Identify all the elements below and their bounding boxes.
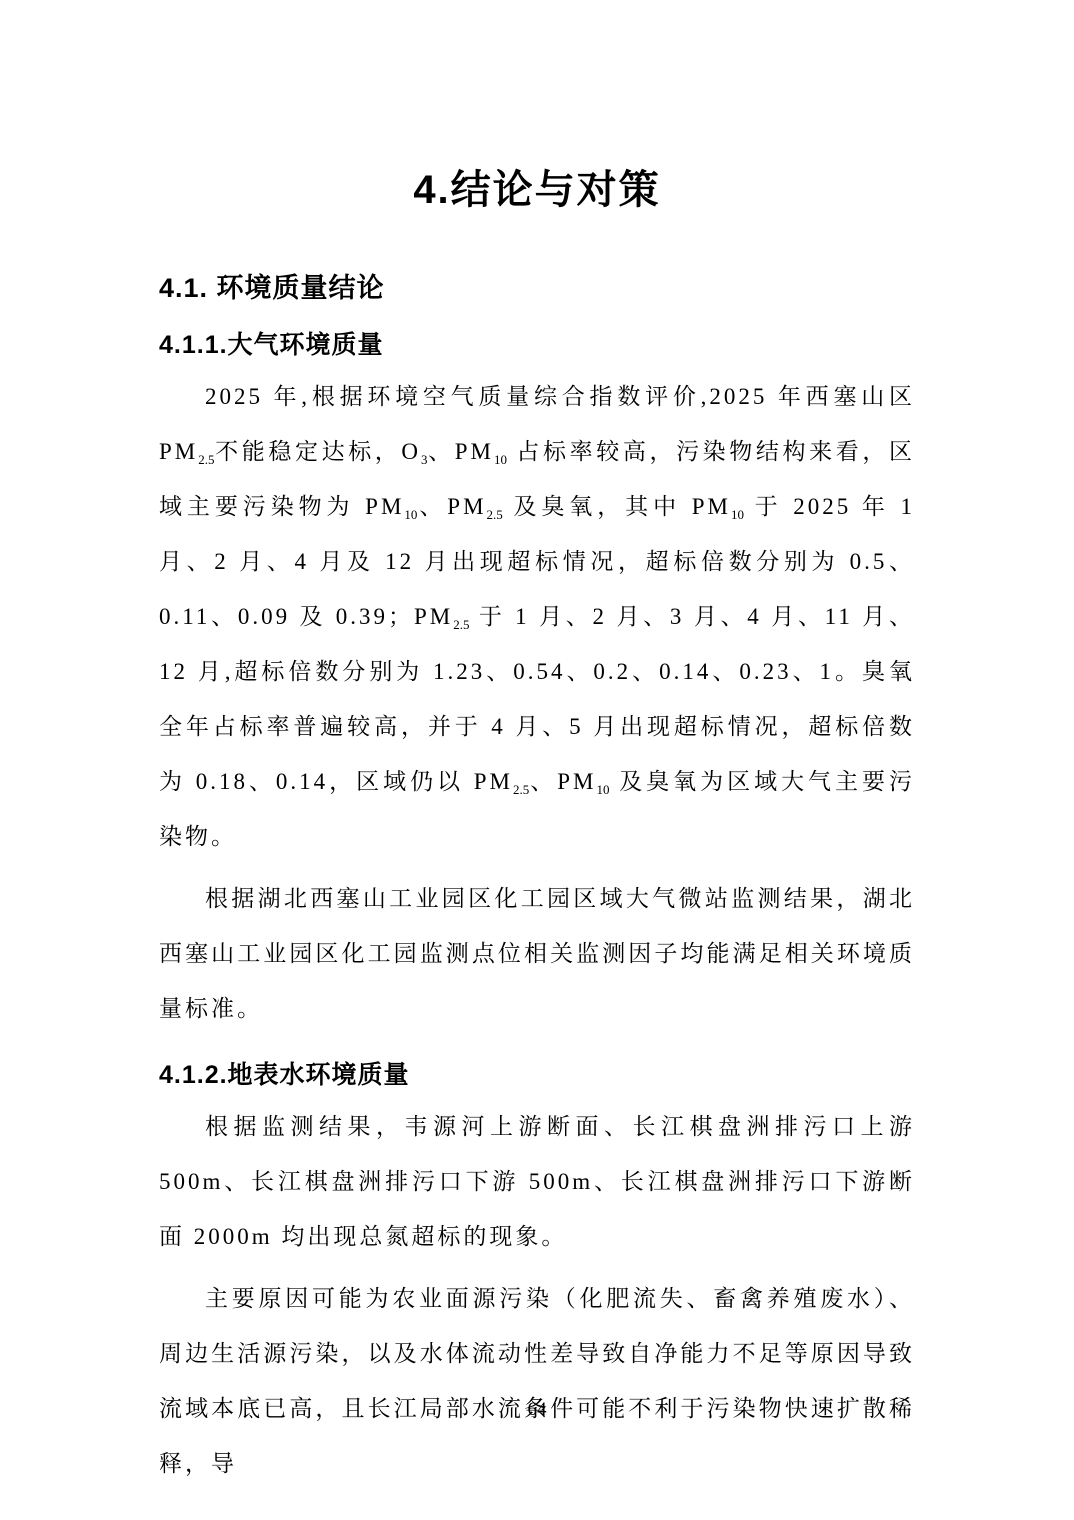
subscript-text: 10 — [494, 452, 507, 467]
page-number: 64 — [528, 1399, 547, 1420]
section-heading-4-1-1: 4.1.1.大气环境质量 — [159, 328, 915, 362]
subscript-text: 2.5 — [198, 452, 214, 467]
paragraph-surface-water: 根据监测结果，韦源河上游断面、长江棋盘洲排污口上游 500m、长江棋盘洲排污口下… — [159, 1099, 915, 1264]
text-run: 及臭氧，其中 PM — [503, 494, 731, 519]
text-run: 于 1 月、2 月、3 月、4 月、11 月、12 月,超标倍数分别为 1.23… — [159, 604, 915, 794]
subscript-text: 10 — [731, 507, 744, 522]
paragraph-exceedance-causes: 主要原因可能为农业面源污染（化肥流失、畜禽养殖废水）、周边生活源污染，以及水体流… — [159, 1271, 915, 1491]
subscript-text: 10 — [404, 507, 417, 522]
subscript-text: 10 — [596, 782, 609, 797]
text-run: 、PM — [428, 439, 494, 464]
paragraph-air-quality: 2025 年,根据环境空气质量综合指数评价,2025 年西塞山区 PM2.5不能… — [159, 369, 915, 864]
page-footer: 64 — [159, 1396, 915, 1424]
document-title: 4.结论与对策 — [159, 164, 915, 216]
text-run: 、PM — [417, 494, 486, 519]
paragraph-industrial-park-monitoring: 根据湖北西塞山工业园区化工园区域大气微站监测结果，湖北西塞山工业园区化工园监测点… — [159, 871, 915, 1036]
text-run: 主要原因可能为农业面源污染（化肥流失、畜禽养殖废水）、周边生活源污染，以及水体流… — [159, 1286, 915, 1476]
text-run: 、PM — [529, 769, 596, 794]
subscript-text: 2.5 — [487, 507, 503, 522]
document-blocks: 4.1. 环境质量结论4.1.1.大气环境质量2025 年,根据环境空气质量综合… — [159, 270, 915, 1491]
subscript-text: 2.5 — [453, 617, 469, 632]
subscript-text: 2.5 — [513, 782, 529, 797]
text-run: 不能稳定达标，O — [215, 439, 422, 464]
text-run: 根据湖北西塞山工业园区化工园区域大气微站监测结果，湖北西塞山工业园区化工园监测点… — [159, 886, 915, 1021]
section-heading-4-1-2: 4.1.2.地表水环境质量 — [159, 1058, 915, 1092]
section-heading-4-1: 4.1. 环境质量结论 — [159, 270, 915, 306]
text-run: 根据监测结果，韦源河上游断面、长江棋盘洲排污口上游 500m、长江棋盘洲排污口下… — [159, 1114, 915, 1249]
document-page: 4.结论与对策 4.1. 环境质量结论4.1.1.大气环境质量2025 年,根据… — [0, 0, 1074, 1520]
document-content: 4.结论与对策 4.1. 环境质量结论4.1.1.大气环境质量2025 年,根据… — [159, 0, 915, 1491]
